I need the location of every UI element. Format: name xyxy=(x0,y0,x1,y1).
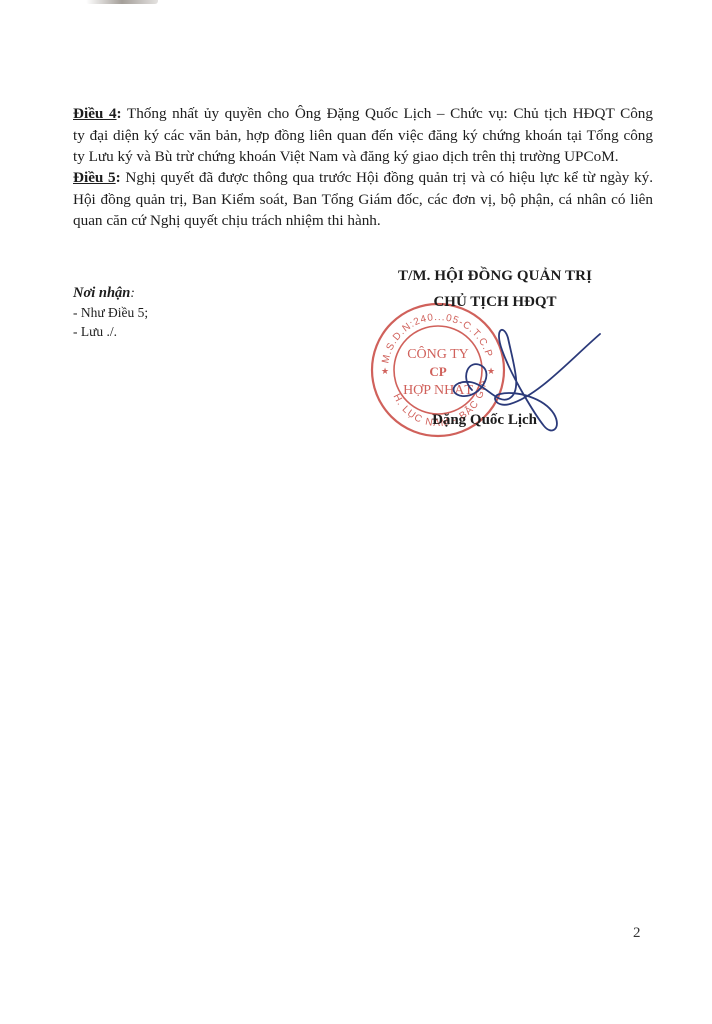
handwritten-signature-icon xyxy=(440,320,610,440)
article-4-line-3: ty Lưu ký và Bù trừ chứng khoán Việt Nam… xyxy=(73,146,653,168)
recipient-item: - Lưu ./. xyxy=(73,322,148,341)
signature-title-line: CHỦ TỊCH HĐQT xyxy=(380,294,610,311)
article-4-text-1: Thống nhất ủy quyền cho Ông Đặng Quốc Lị… xyxy=(122,105,653,122)
scan-artifact xyxy=(86,0,158,4)
article-4-paragraph: Điều 4: Thống nhất ủy quyền cho Ông Đặng… xyxy=(73,103,653,168)
recipient-item: - Như Điều 5; xyxy=(73,303,148,322)
article-5-text-1: Nghị quyết đã được thông qua trước Hội đ… xyxy=(121,169,653,186)
article-5-line-2: Hội đồng quản trị, Ban Kiểm soát, Ban Tổ… xyxy=(73,189,653,211)
article-5-line-1: Điều 5: Nghị quyết đã được thông qua trư… xyxy=(73,167,653,189)
signature-org-line: T/M. HỘI ĐỒNG QUẢN TRỊ xyxy=(380,268,610,285)
signature-block: T/M. HỘI ĐỒNG QUẢN TRỊ CHỦ TỊCH HĐQT xyxy=(380,268,610,311)
article-5: Điều 5: Nghị quyết đã được thông qua trư… xyxy=(73,167,653,232)
recipients-title-suffix: : xyxy=(130,285,135,300)
svg-text:★: ★ xyxy=(381,366,389,376)
recipients: Nơi nhận: - Như Điều 5; - Lưu ./. xyxy=(73,283,148,341)
article-5-label: Điều 5 xyxy=(73,169,116,186)
article-5-line-3: quan căn cứ Nghị quyết chịu trách nhiệm … xyxy=(73,210,653,232)
article-4-line-2: ty đại diện ký các văn bản, hợp đồng liê… xyxy=(73,125,653,147)
article-4-line-1: Điều 4: Thống nhất ủy quyền cho Ông Đặng… xyxy=(73,103,653,125)
recipients-heading: Nơi nhận: xyxy=(73,283,148,303)
article-4-label: Điều 4 xyxy=(73,105,117,122)
recipients-title: Nơi nhận xyxy=(73,285,130,301)
article-5-paragraph: Điều 5: Nghị quyết đã được thông qua trư… xyxy=(73,167,653,232)
article-4: Điều 4: Thống nhất ủy quyền cho Ông Đặng… xyxy=(73,103,653,168)
page-number: 2 xyxy=(633,925,641,942)
